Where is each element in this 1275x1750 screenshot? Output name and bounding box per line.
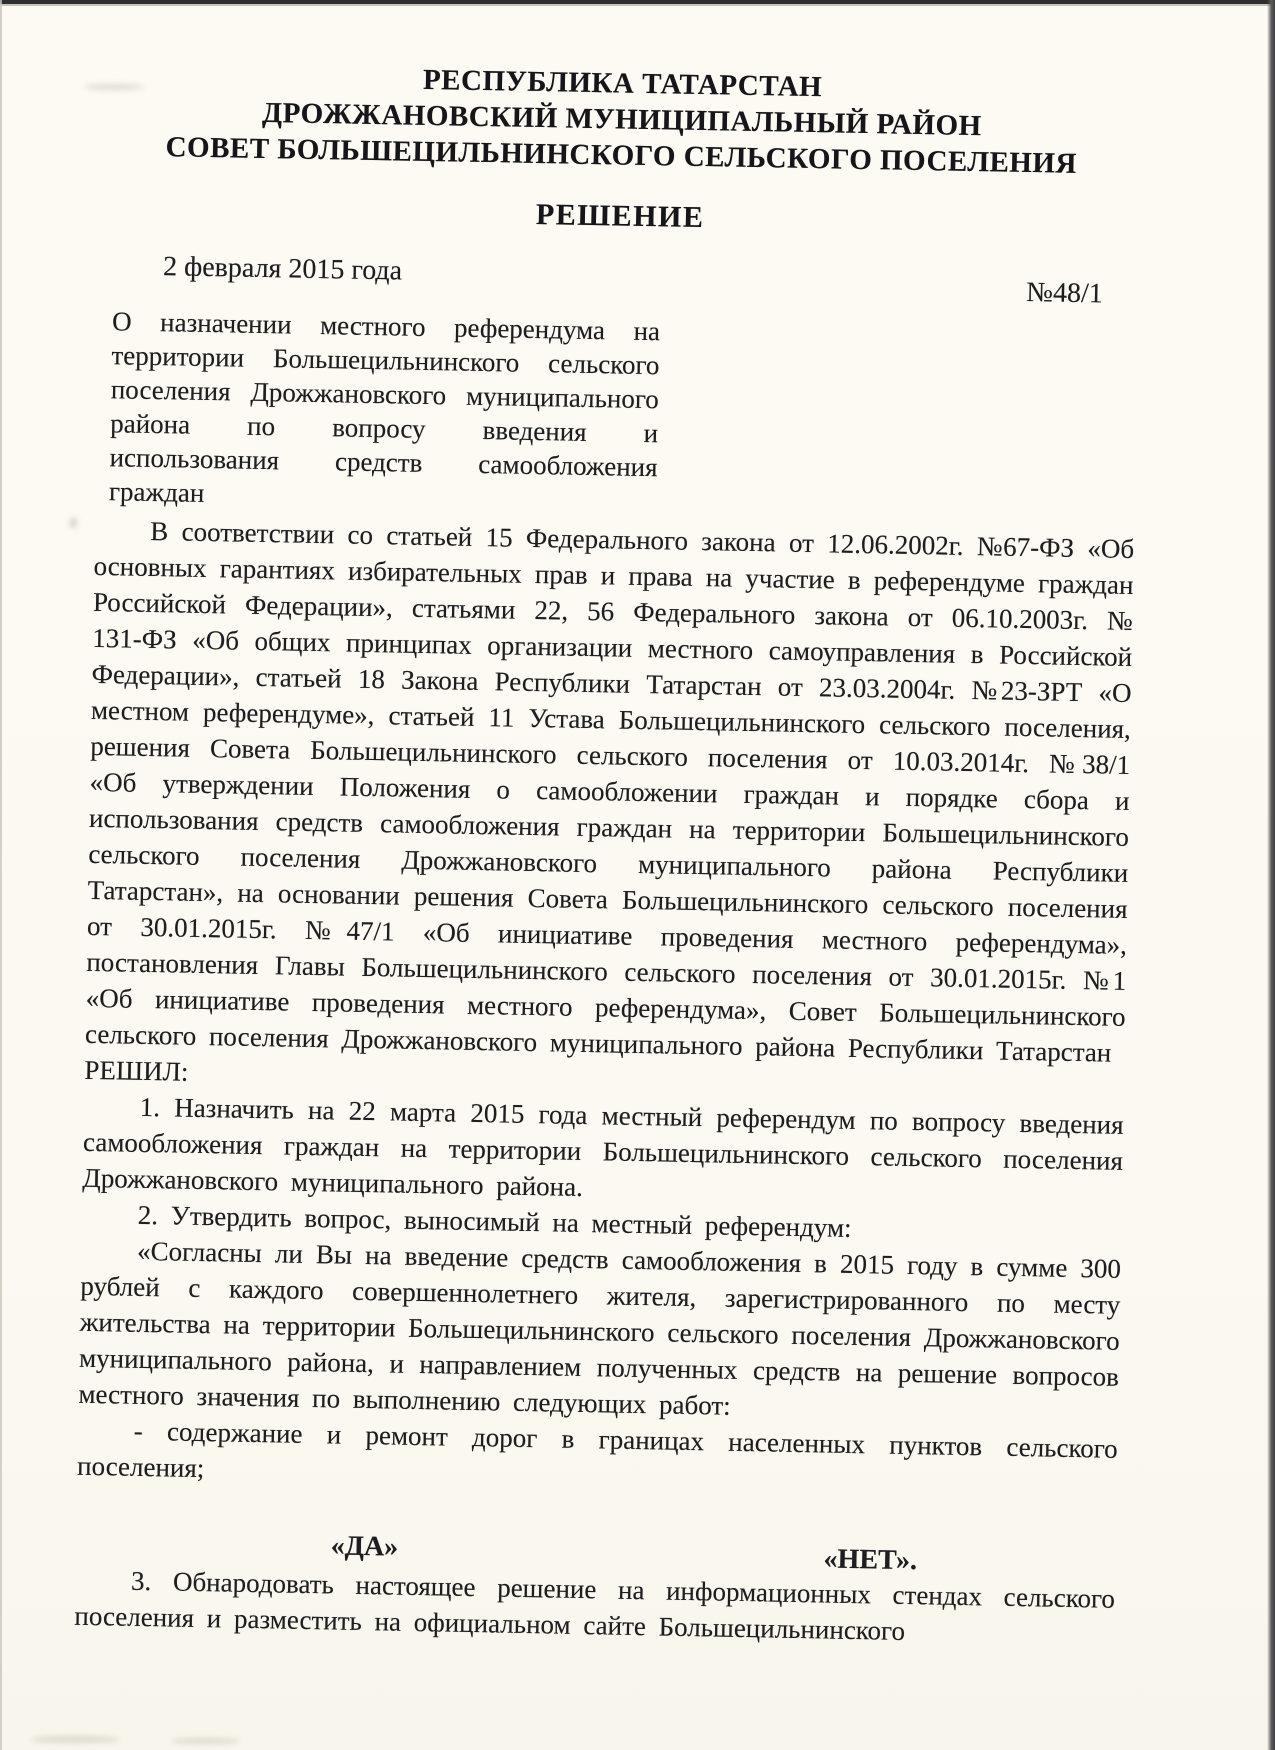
meta-row: 2 февраля 2015 года №48/1 [99,250,1140,311]
scan-top-edge-shadow [0,4,1275,6]
resolution-item-1: 1. Назначить на 22 марта 2015 года местн… [82,1088,1124,1215]
scan-smudge [70,518,77,528]
preamble-paragraph: В соответствии со статьей 15 Федеральног… [85,512,1135,1071]
scan-right-edge [1267,0,1275,1750]
document-content: РЕСПУБЛИКА ТАТАРСТАН ДРОЖЖАНОВСКИЙ МУНИЦ… [74,56,1143,1653]
scanned-document-page: РЕСПУБЛИКА ТАТАРСТАН ДРОЖЖАНОВСКИЙ МУНИЦ… [0,0,1275,1750]
document-subject: О назначении местного референдума на тер… [109,304,661,518]
scan-left-edge [0,0,2,1750]
document-number: №48/1 [1026,277,1103,310]
scan-smudge [30,1736,120,1743]
document-title: РЕШЕНИЕ [100,190,1140,243]
vote-no-label: «НЕТ». [823,1543,917,1577]
scan-smudge [170,1738,240,1744]
document-date: 2 февраля 2015 года [163,251,403,297]
vote-yes-label: «ДА» [330,1530,398,1563]
referendum-question: «Согласны ли Вы на введение средств само… [78,1232,1121,1431]
